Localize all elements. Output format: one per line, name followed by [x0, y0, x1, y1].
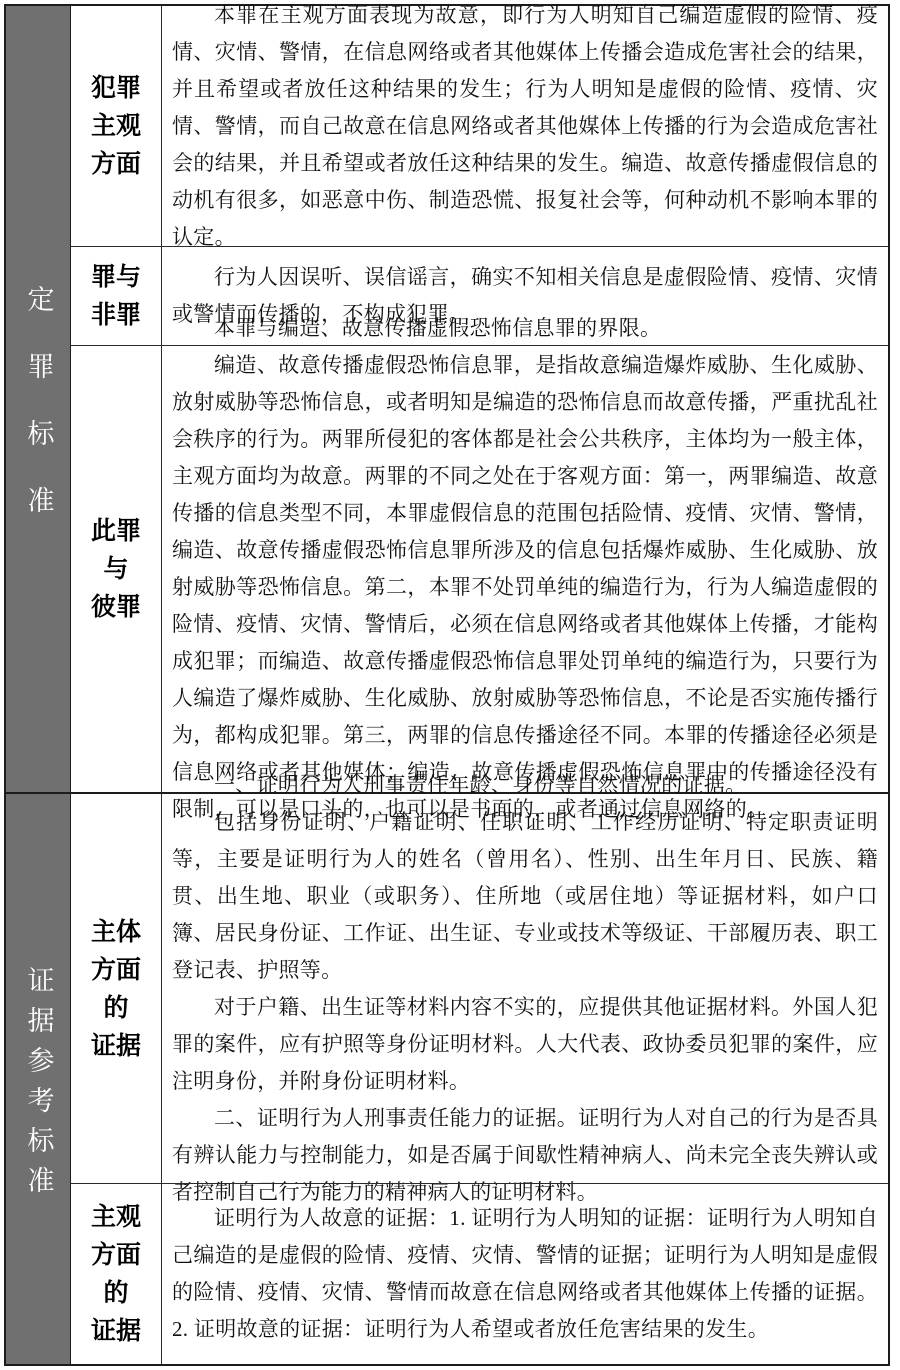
section-evidence-reference-standards: 证据参考标准 主体 方面 的 证据 一、证明行为人刑事责任年龄、身份等自然情况的…: [6, 792, 888, 1364]
content-paragraph: 本罪在主观方面表现为故意，即行为人明知自己编造虚假的险情、疫情、灾情、警情，在信…: [172, 0, 878, 256]
row-subjective-aspect-of-crime: 犯罪 主观 方面 本罪在主观方面表现为故意，即行为人明知自己编造虚假的险情、疫情…: [71, 6, 888, 246]
row-subject-evidence: 主体 方面 的 证据 一、证明行为人刑事责任年龄、身份等自然情况的证据。 包括身…: [71, 794, 888, 1183]
section-sidebar-evidence: 证据参考标准: [6, 794, 71, 1364]
row-subjective-evidence: 主观 方面 的 证据 证明行为人故意的证据：1. 证明行为人明知的证据：证明行为…: [71, 1183, 888, 1364]
criteria-table: 定罪标准 犯罪 主观 方面 本罪在主观方面表现为故意，即行为人明知自己编造虚假的…: [4, 4, 890, 1366]
row-label-this-vs-other: 此罪 与 彼罪: [71, 346, 162, 792]
content-paragraph: 对于户籍、出生证等材料内容不实的，应提供其他证据材料。外国人犯罪的案件，应有护照…: [172, 989, 878, 1100]
row-label-line: 的: [103, 989, 128, 1027]
row-label-subjective-aspect: 犯罪 主观 方面: [71, 6, 162, 246]
section-sidebar-conviction: 定罪标准: [6, 6, 71, 792]
section-conviction-standards: 定罪标准 犯罪 主观 方面 本罪在主观方面表现为故意，即行为人明知自己编造虚假的…: [6, 6, 888, 792]
row-label-line: 犯罪: [91, 69, 141, 107]
sidebar-label-conviction: 定罪标准: [25, 285, 52, 553]
row-label-line: 此罪: [91, 512, 141, 550]
row-label-line: 与: [103, 550, 128, 588]
row-label-line: 方面: [91, 145, 141, 183]
row-label-line: 主体: [91, 913, 141, 951]
row-label-line: 彼罪: [91, 588, 141, 626]
row-content-subject-evidence: 一、证明行为人刑事责任年龄、身份等自然情况的证据。 包括身份证明、户籍证明、任职…: [162, 794, 888, 1183]
content-paragraph: 包括身份证明、户籍证明、任职证明、工作经历证明、特定职责证明等，主要是证明行为人…: [172, 804, 878, 989]
row-content-this-vs-other: 本罪与编造、故意传播虚假恐怖信息罪的界限。 编造、故意传播虚假恐怖信息罪，是指故…: [162, 346, 888, 792]
row-label-line: 的: [103, 1274, 128, 1312]
content-paragraph: 证明行为人故意的证据：1. 证明行为人明知的证据：证明行为人明知自己编造的是虚假…: [172, 1200, 878, 1348]
row-label-line: 方面: [91, 951, 141, 989]
row-label-line: 方面: [91, 1236, 141, 1274]
content-paragraph: 编造、故意传播虚假恐怖信息罪，是指故意编造爆炸威胁、生化威胁、放射威胁等恐怖信息…: [172, 347, 878, 828]
section-rows-conviction: 犯罪 主观 方面 本罪在主观方面表现为故意，即行为人明知自己编造虚假的险情、疫情…: [71, 6, 888, 792]
section-rows-evidence: 主体 方面 的 证据 一、证明行为人刑事责任年龄、身份等自然情况的证据。 包括身…: [71, 794, 888, 1364]
row-label-subjective-evidence: 主观 方面 的 证据: [71, 1184, 162, 1364]
row-label-line: 证据: [91, 1312, 141, 1350]
content-paragraph: 本罪与编造、故意传播虚假恐怖信息罪的界限。: [172, 310, 878, 347]
content-paragraph: 一、证明行为人刑事责任年龄、身份等自然情况的证据。: [172, 767, 878, 804]
row-label-crime-vs-noncrime: 罪与 非罪: [71, 247, 162, 345]
row-label-line: 证据: [91, 1027, 141, 1065]
row-label-line: 主观: [91, 1198, 141, 1236]
row-label-line: 主观: [91, 107, 141, 145]
row-this-crime-vs-other-crime: 此罪 与 彼罪 本罪与编造、故意传播虚假恐怖信息罪的界限。 编造、故意传播虚假恐…: [71, 345, 888, 792]
row-label-line: 罪与: [91, 258, 141, 296]
row-label-subject-evidence: 主体 方面 的 证据: [71, 794, 162, 1183]
row-label-line: 非罪: [91, 296, 141, 334]
row-content-subjective-aspect: 本罪在主观方面表现为故意，即行为人明知自己编造虚假的险情、疫情、灾情、警情，在信…: [162, 6, 888, 246]
row-content-subjective-evidence: 证明行为人故意的证据：1. 证明行为人明知的证据：证明行为人明知自己编造的是虚假…: [162, 1184, 888, 1364]
sidebar-label-evidence: 证据参考标准: [25, 966, 52, 1206]
